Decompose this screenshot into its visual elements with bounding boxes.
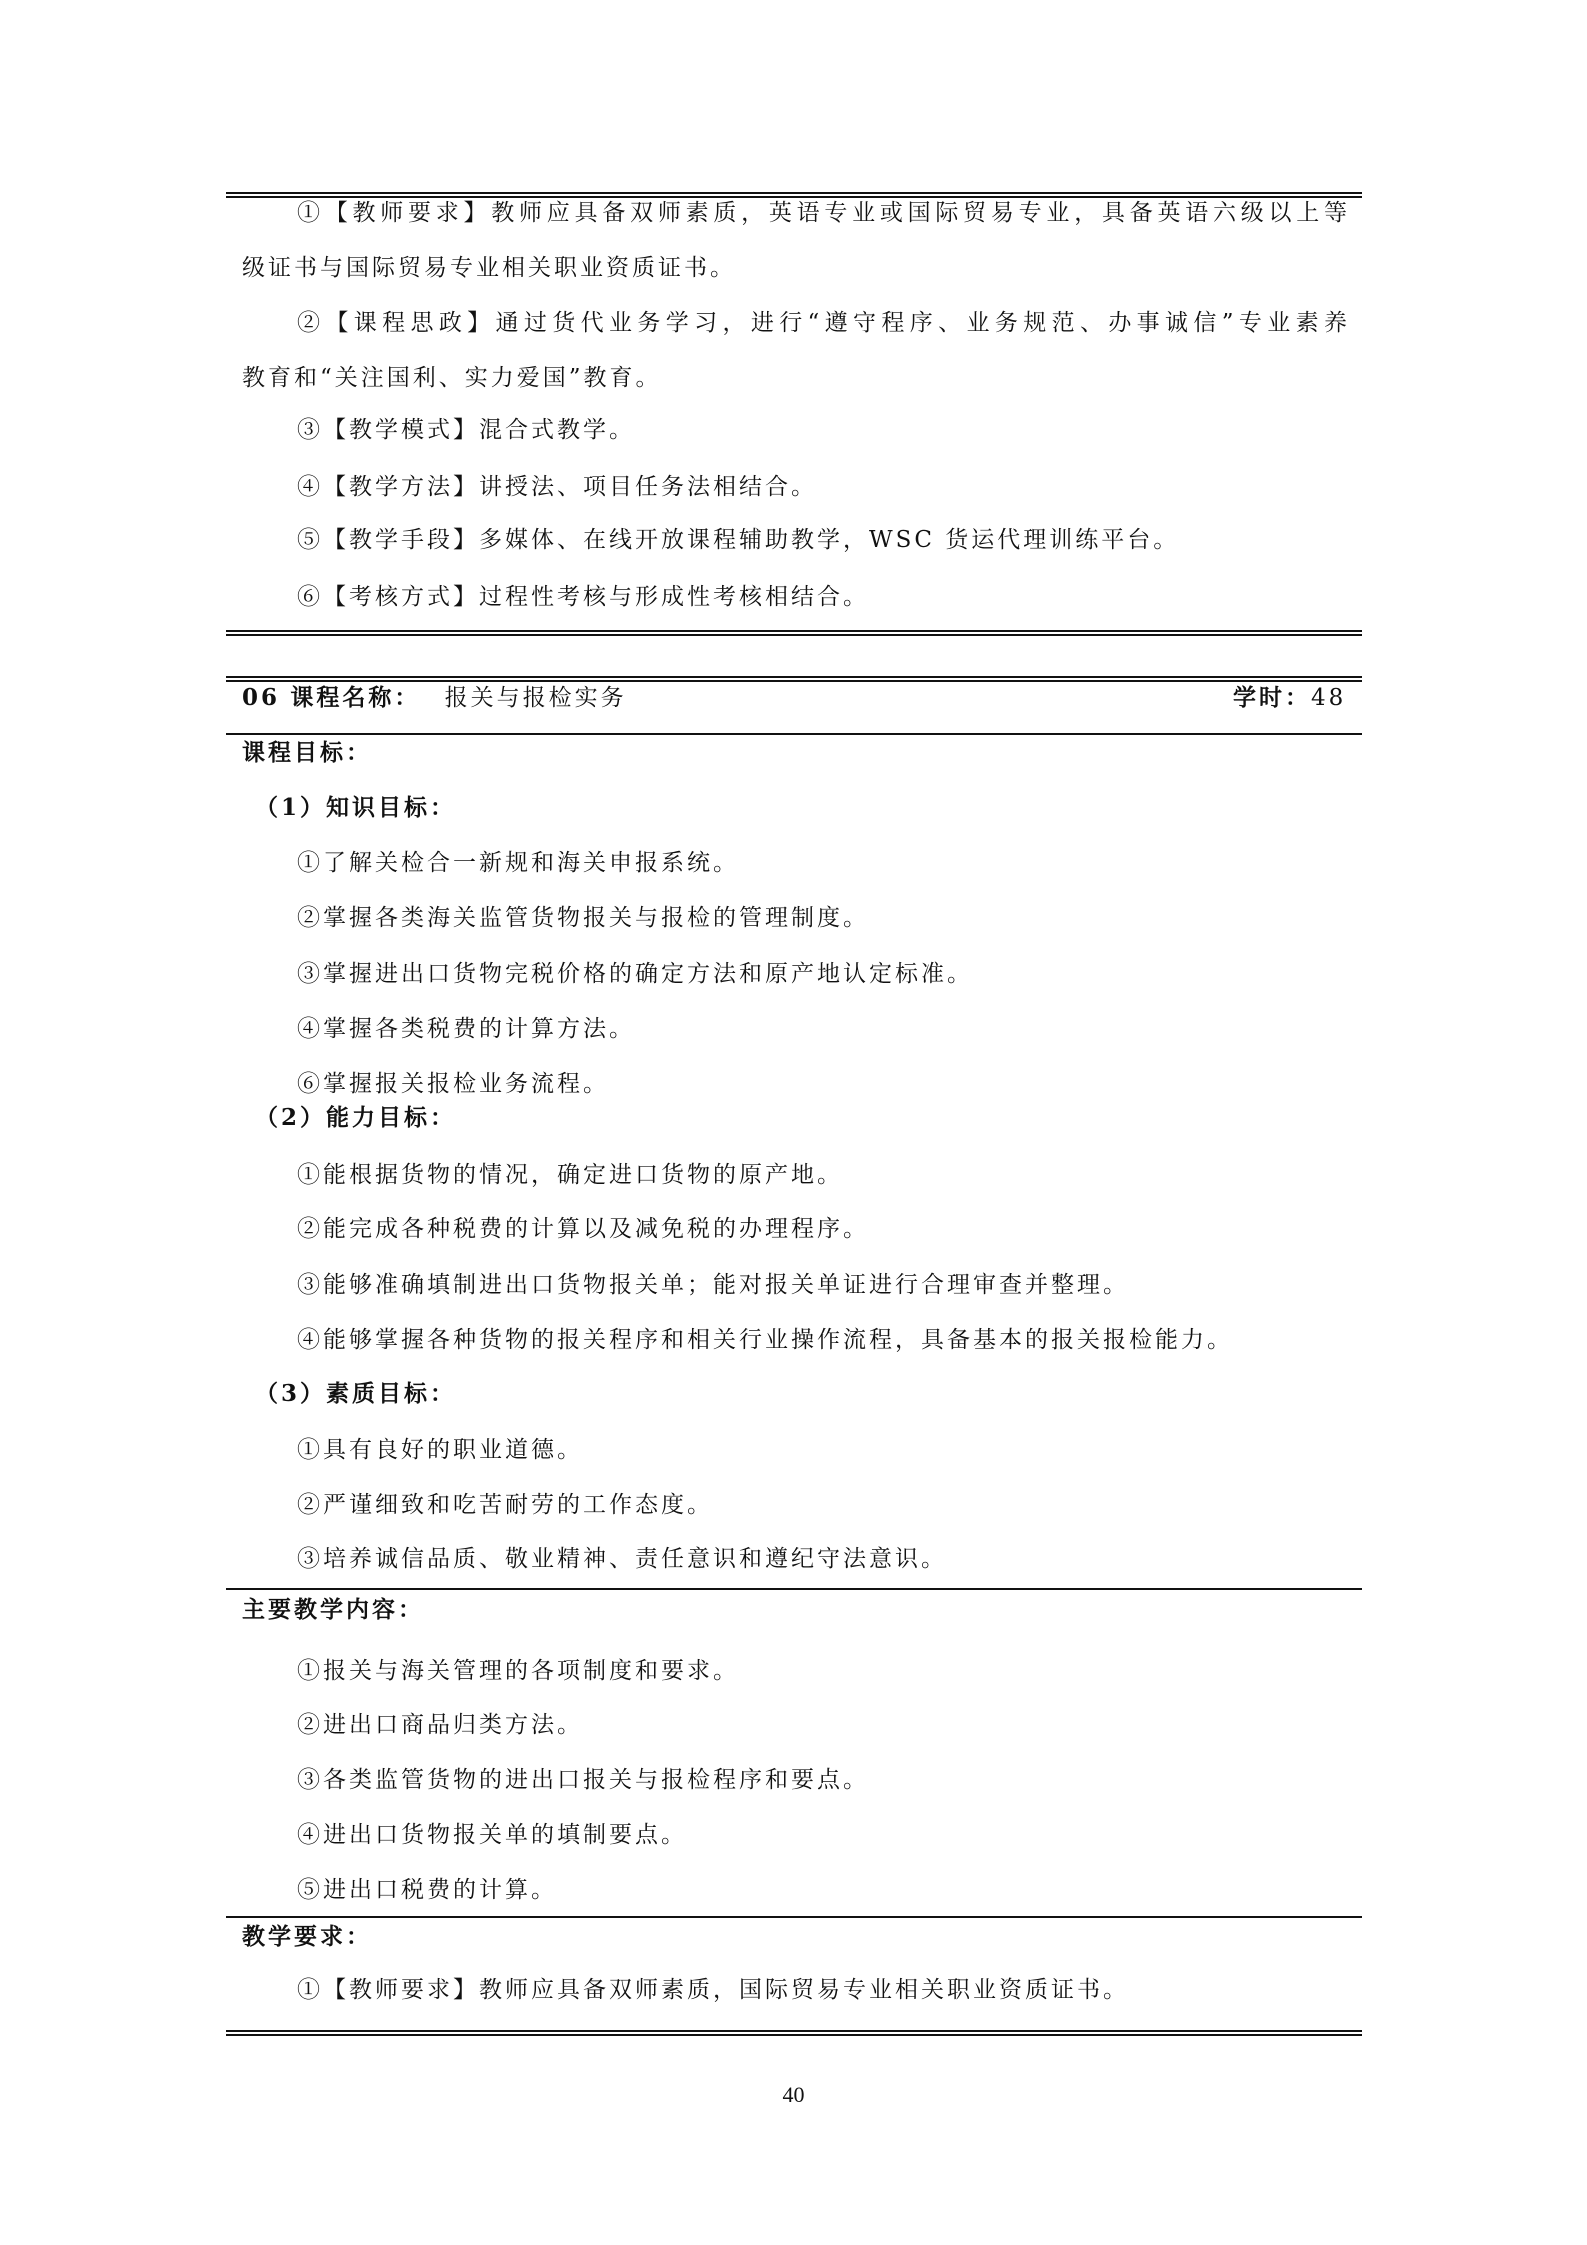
objectives-heading: 课程目标： bbox=[242, 738, 372, 768]
page-number: 40 bbox=[0, 2082, 1587, 2108]
prev-req-4: ④【教学方法】讲授法、项目任务法相结合。 bbox=[297, 472, 817, 502]
knowledge-heading: （1）知识目标： bbox=[255, 793, 456, 823]
section-end-rule-1 bbox=[226, 630, 1362, 632]
knowledge-item: ②掌握各类海关监管货物报关与报检的管理制度。 bbox=[297, 903, 869, 933]
content-item: ③各类监管货物的进出口报关与报检程序和要点。 bbox=[297, 1765, 869, 1795]
knowledge-item: ④掌握各类税费的计算方法。 bbox=[297, 1014, 635, 1044]
prev-req-2-line1: ②【课程思政】通过货代业务学习，进行“遵守程序、业务规范、办事诚信”专业素养 bbox=[297, 308, 1347, 338]
requirements-item: ①【教师要求】教师应具备双师素质，国际贸易专业相关职业资质证书。 bbox=[297, 1975, 1129, 2005]
prev-req-1-line2: 级证书与国际贸易专业相关职业资质证书。 bbox=[242, 253, 736, 283]
top-rule-1 bbox=[226, 192, 1362, 194]
course-title-row: 06 课程名称： 报关与报检实务 bbox=[242, 683, 627, 713]
content-heading: 主要教学内容： bbox=[242, 1595, 424, 1625]
content-item: ⑤进出口税费的计算。 bbox=[297, 1875, 557, 1905]
quality-item: ①具有良好的职业道德。 bbox=[297, 1435, 583, 1465]
prev-req-3: ③【教学模式】混合式教学。 bbox=[297, 415, 635, 445]
quality-item: ②严谨细致和吃苦耐劳的工作态度。 bbox=[297, 1490, 713, 1520]
knowledge-item: ①了解关检合一新规和海关申报系统。 bbox=[297, 848, 739, 878]
prev-req-6: ⑥【考核方式】过程性考核与形成性考核相结合。 bbox=[297, 582, 869, 612]
ability-item: ④能够掌握各种货物的报关程序和相关行业操作流程，具备基本的报关报检能力。 bbox=[297, 1325, 1233, 1355]
course-top-rule-1 bbox=[226, 676, 1362, 678]
course-name-label: 课程名称： bbox=[290, 684, 420, 711]
course-hours-value: 48 bbox=[1311, 685, 1346, 711]
course-number: 06 bbox=[242, 684, 280, 711]
content-item: ②进出口商品归类方法。 bbox=[297, 1710, 583, 1740]
ability-item: ②能完成各种税费的计算以及减免税的办理程序。 bbox=[297, 1214, 869, 1244]
prev-req-5: ⑤【教学手段】多媒体、在线开放课程辅助教学，WSC 货运代理训练平台。 bbox=[297, 525, 1179, 555]
content-item: ④进出口货物报关单的填制要点。 bbox=[297, 1820, 687, 1850]
content-item: ①报关与海关管理的各项制度和要求。 bbox=[297, 1656, 739, 1686]
ability-item: ①能根据货物的情况，确定进口货物的原产地。 bbox=[297, 1160, 843, 1190]
knowledge-item: ③掌握进出口货物完税价格的确定方法和原产地认定标准。 bbox=[297, 959, 973, 989]
requirements-rule bbox=[226, 1916, 1362, 1918]
bottom-rule-2 bbox=[226, 2034, 1362, 2036]
course-header-rule bbox=[226, 733, 1362, 735]
requirements-heading: 教学要求： bbox=[242, 1922, 372, 1952]
course-hours-label: 学时： bbox=[1233, 684, 1311, 711]
knowledge-item: ⑥掌握报关报检业务流程。 bbox=[297, 1069, 609, 1099]
course-top-rule-2 bbox=[226, 680, 1362, 682]
course-name: 报关与报检实务 bbox=[445, 685, 627, 711]
quality-item: ③培养诚信品质、敬业精神、责任意识和遵纪守法意识。 bbox=[297, 1544, 947, 1574]
course-hours: 学时：48 bbox=[1233, 683, 1346, 713]
quality-heading: （3）素质目标： bbox=[255, 1379, 456, 1409]
prev-req-2-line2: 教育和“关注国利、实力爱国”教育。 bbox=[242, 363, 662, 393]
bottom-rule-1 bbox=[226, 2030, 1362, 2032]
ability-item: ③能够准确填制进出口货物报关单；能对报关单证进行合理审查并整理。 bbox=[297, 1270, 1129, 1300]
content-rule bbox=[226, 1588, 1362, 1590]
ability-heading: （2）能力目标： bbox=[255, 1103, 456, 1133]
prev-req-1-line1: ①【教师要求】教师应具备双师素质，英语专业或国际贸易专业，具备英语六级以上等 bbox=[297, 198, 1347, 228]
section-end-rule-2 bbox=[226, 634, 1362, 636]
